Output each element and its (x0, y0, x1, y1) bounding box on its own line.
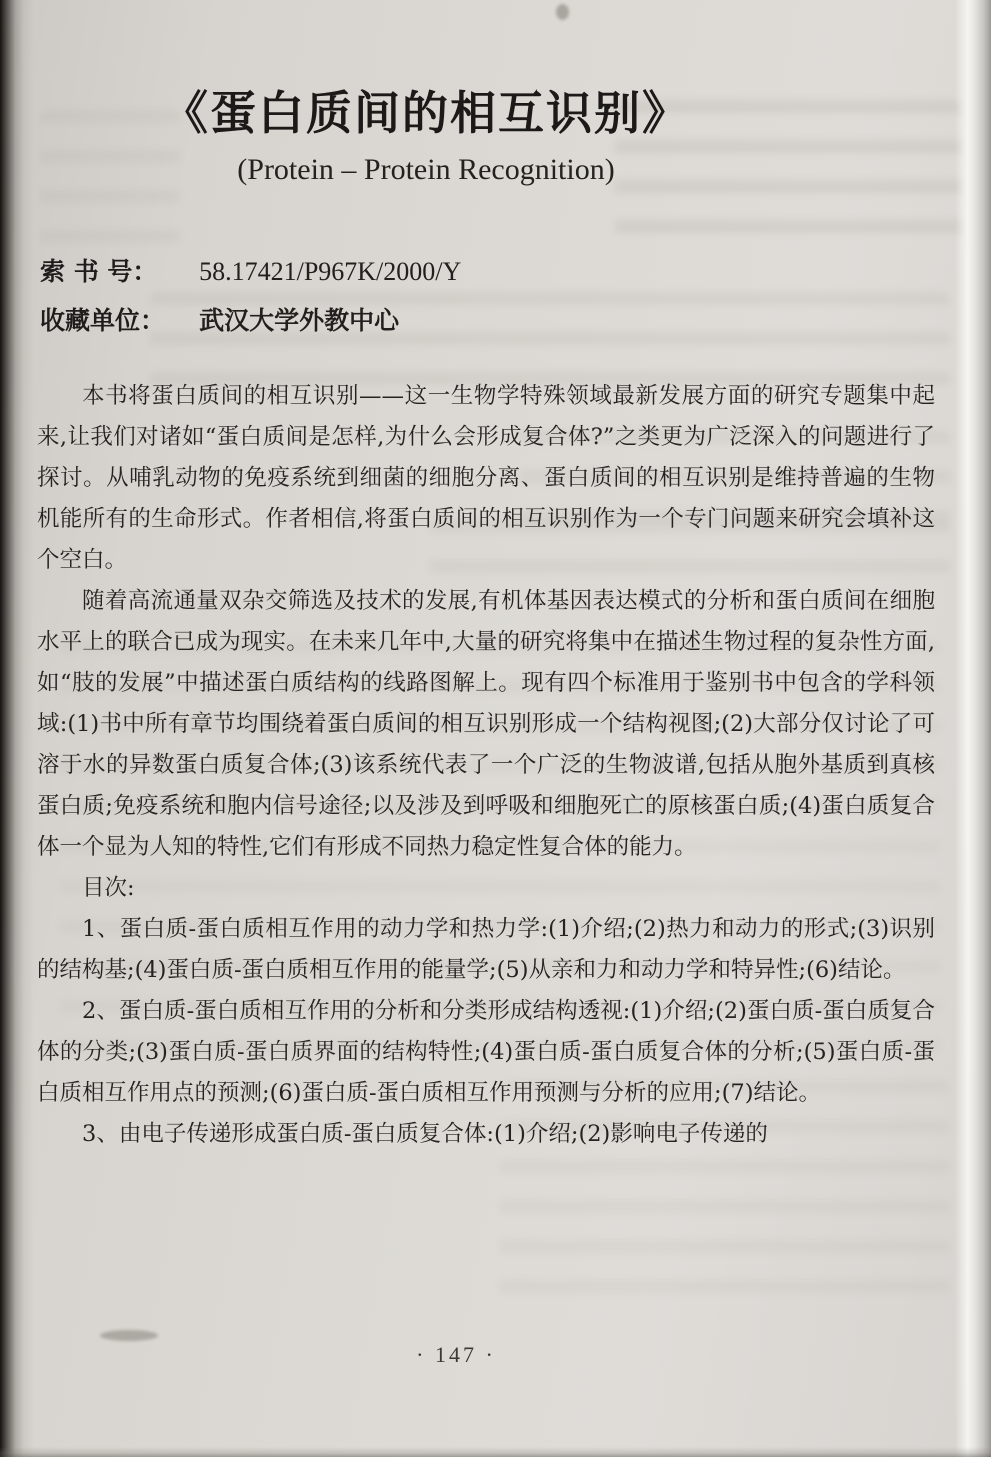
toc-heading: 目次: (37, 868, 935, 909)
call-number-label: 索 书 号： (40, 252, 172, 288)
toc-item-3: 3、由电子传递形成蛋白质-蛋白质复合体:(1)介绍;(2)影响电子传递的 (37, 1114, 935, 1155)
paragraph-criteria: 随着高流通量双杂交筛选及技术的发展,有机体基因表达模式的分析和蛋白质间在细胞水平… (37, 581, 935, 868)
scan-edge-bottom-shadow (0, 1447, 991, 1457)
scan-edge-left-shadow (0, 0, 34, 1457)
paragraph-overview: 本书将蛋白质间的相互识别——这一生物学特殊领域最新发展方面的研究专题集中起来,让… (37, 376, 935, 581)
book-title-english: (Protein – Protein Recognition) (18, 153, 834, 187)
dust-speck (556, 4, 569, 20)
scanned-book-page: 《蛋白质间的相互识别》 (Protein – Protein Recogniti… (0, 0, 991, 1457)
toc-item-2: 2、蛋白质-蛋白质相互作用的分析和分类形成结构透视:(1)介绍;(2)蛋白质-蛋… (37, 991, 935, 1114)
book-title-block: 《蛋白质间的相互识别》 (Protein – Protein Recogniti… (18, 86, 834, 187)
review-text: 本书将蛋白质间的相互识别——这一生物学特殊领域最新发展方面的研究专题集中起来,让… (37, 376, 935, 1155)
catalog-metadata: 索 书 号： 58.17421/P967K/2000/Y 收藏单位： 武汉大学外… (40, 252, 461, 350)
call-number-row: 索 书 号： 58.17421/P967K/2000/Y (40, 252, 461, 288)
holding-unit-row: 收藏单位： 武汉大学外教中心 (40, 301, 461, 337)
call-number-value: 58.17421/P967K/2000/Y (199, 257, 461, 286)
holding-unit-label: 收藏单位： (40, 301, 172, 337)
holding-unit-value: 武汉大学外教中心 (199, 306, 399, 335)
book-title-chinese: 《蛋白质间的相互识别》 (18, 86, 834, 141)
page-number: · 147 · (0, 1342, 912, 1368)
toc-item-1: 1、蛋白质-蛋白质相互作用的动力学和热力学:(1)介绍;(2)热力和动力的形式;… (37, 909, 935, 991)
scan-edge-right-band (955, 0, 991, 1457)
ink-smudge (100, 1330, 158, 1341)
